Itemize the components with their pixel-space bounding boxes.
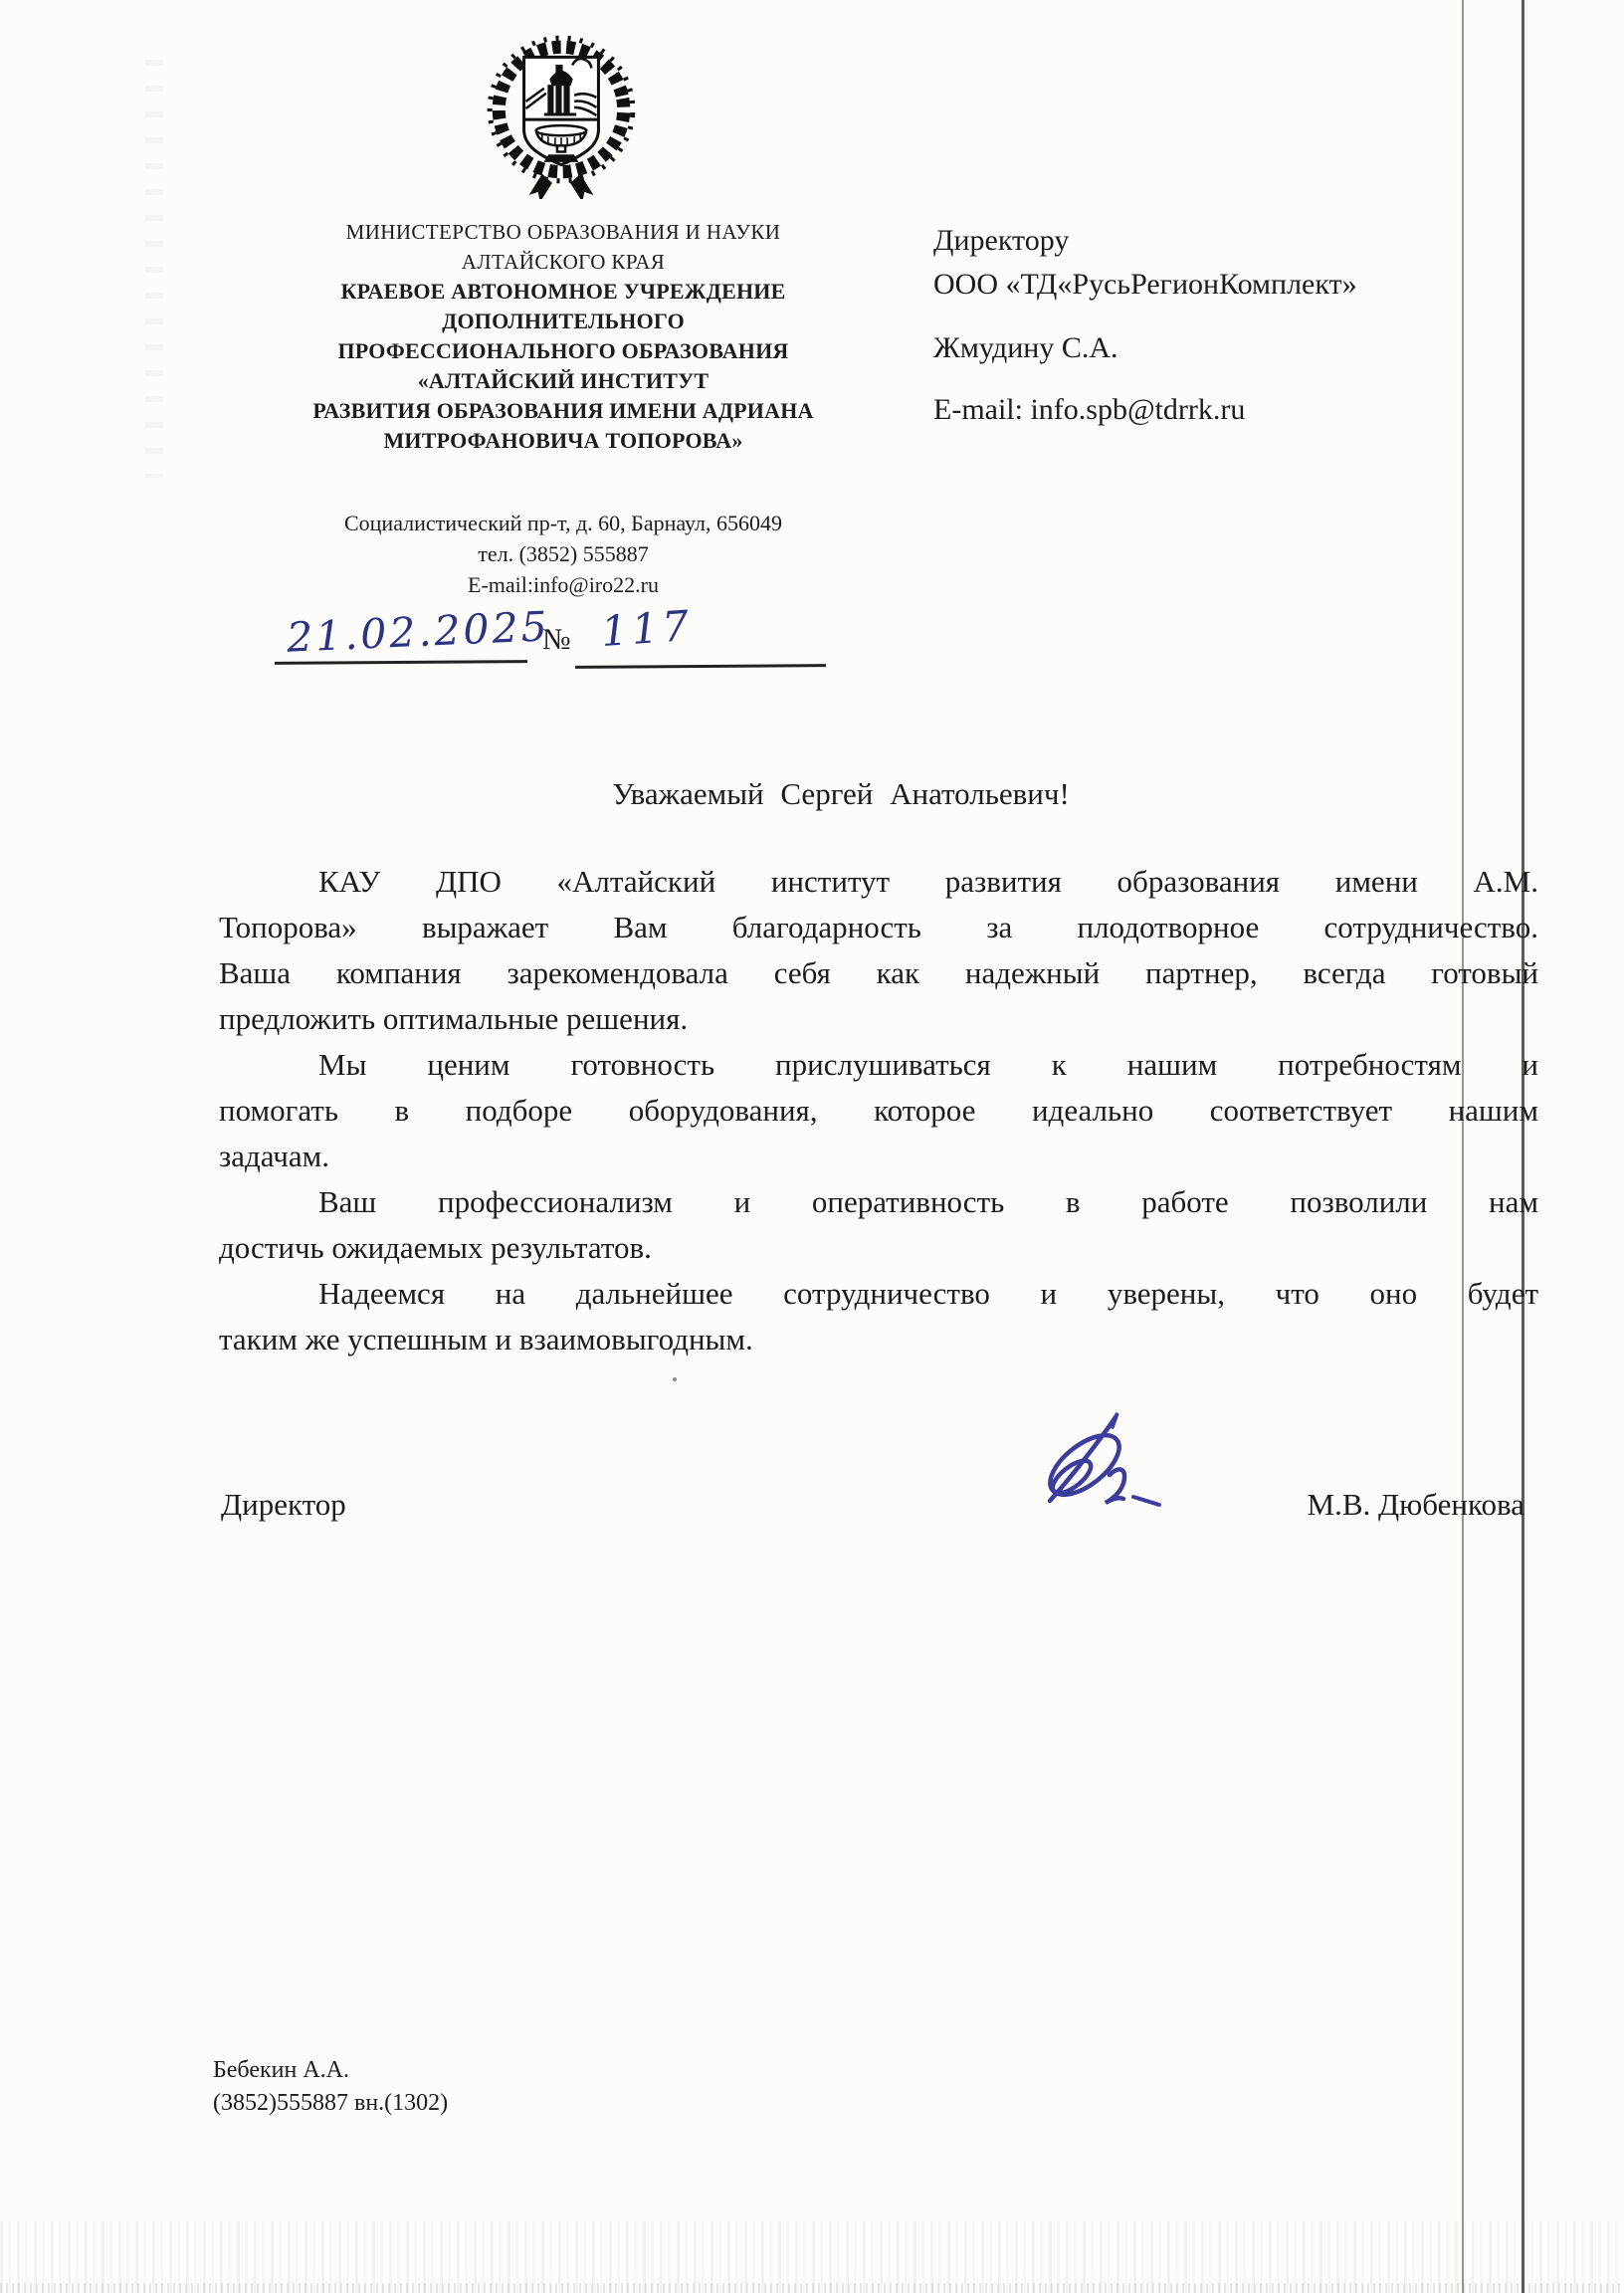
body-line: Надеемся на дальнейшее сотрудничество и … [219,1271,1538,1317]
body-line: предложить оптимальные решения. [219,996,1538,1042]
address-line: Социалистический пр-т, д. 60, Барнаул, 6… [229,508,898,538]
body-line: помогать в подборе оборудования, которое… [219,1088,1538,1134]
scanned-letter-page: МИНИСТЕРСТВО ОБРАЗОВАНИЯ И НАУКИ АЛТАЙСК… [0,0,1624,2293]
body-line: задачам. [219,1134,1538,1179]
ref-number-underline [575,664,826,669]
organization-name-line: МИТРОФАНОВИЧА ТОПОРОВА» [229,426,898,456]
scan-smudge [145,60,163,478]
ref-date-handwritten: 21.02.2025 [286,602,551,662]
letter-body: КАУ ДПО «Алтайский институт развития обр… [219,859,1538,1362]
recipient-person: Жмудину С.А. [933,326,1542,370]
organization-name-line: РАЗВИТИЯ ОБРАЗОВАНИЯ ИМЕНИ АДРИАНА [229,396,898,426]
organization-name-line: КРАЕВОЕ АВТОНОМНОЕ УЧРЕЖДЕНИЕ [229,277,898,307]
address-line: E-mail:info@iro22.ru [229,569,898,600]
signer-position: Директор [221,1487,346,1523]
ministry-name-line: АЛТАЙСКОГО КРАЯ [229,247,898,277]
recipient-block: Директору ООО «ТД«РусьРегионКомплект» Жм… [933,219,1542,432]
body-line: достичь ожидаемых результатов. [219,1225,1538,1271]
letterhead: МИНИСТЕРСТВО ОБРАЗОВАНИЯ И НАУКИ АЛТАЙСК… [229,217,898,456]
footer-contact-phone: (3852)555887 вн.(1302) [213,2087,448,2120]
ref-date-underline [275,660,527,665]
recipient-role: Директору [933,219,1542,263]
ref-number-handwritten: 117 [599,601,694,656]
salutation: Уважаемый Сергей Анатольевич! [219,776,1463,812]
signer-name: М.В. Дюбенкова [1081,1487,1524,1523]
body-line: Ваша компания зарекомендовала себя как н… [219,950,1538,996]
organization-name-line: ПРОФЕССИОНАЛЬНОГО ОБРАЗОВАНИЯ [229,336,898,366]
body-line: Топорова» выражает Вам благодарность за … [219,905,1538,950]
scan-dot-artifact [673,1377,677,1381]
organization-name-line: ДОПОЛНИТЕЛЬНОГО [229,307,898,336]
body-line: КАУ ДПО «Алтайский институт развития обр… [219,859,1538,905]
signature-scribble [1010,1391,1299,1561]
footer-contact: Бебекин А.А. (3852)555887 вн.(1302) [213,2054,448,2120]
recipient-email: E-mail: info.spb@tdrrk.ru [933,388,1542,432]
ministry-name-line: МИНИСТЕРСТВО ОБРАЗОВАНИЯ И НАУКИ [229,217,898,247]
recipient-company: ООО «ТД«РусьРегионКомплект» [933,263,1542,307]
organization-address: Социалистический пр-т, д. 60, Барнаул, 6… [229,508,898,600]
address-line: тел. (3852) 555887 [229,538,898,569]
scan-noise-edge [0,2283,1624,2293]
organization-name-line: «АЛТАЙСКИЙ ИНСТИТУТ [229,366,898,396]
body-line: Ваш профессионализм и оперативность в ра… [219,1179,1538,1225]
footer-contact-name: Бебекин А.А. [213,2054,448,2087]
body-line: Мы ценим готовность прислушиваться к наш… [219,1042,1538,1088]
numero-sign: № [542,623,571,657]
coat-of-arms-emblem-icon [476,26,647,199]
body-line: таким же успешным и взаимовыгодным. [219,1317,1538,1362]
